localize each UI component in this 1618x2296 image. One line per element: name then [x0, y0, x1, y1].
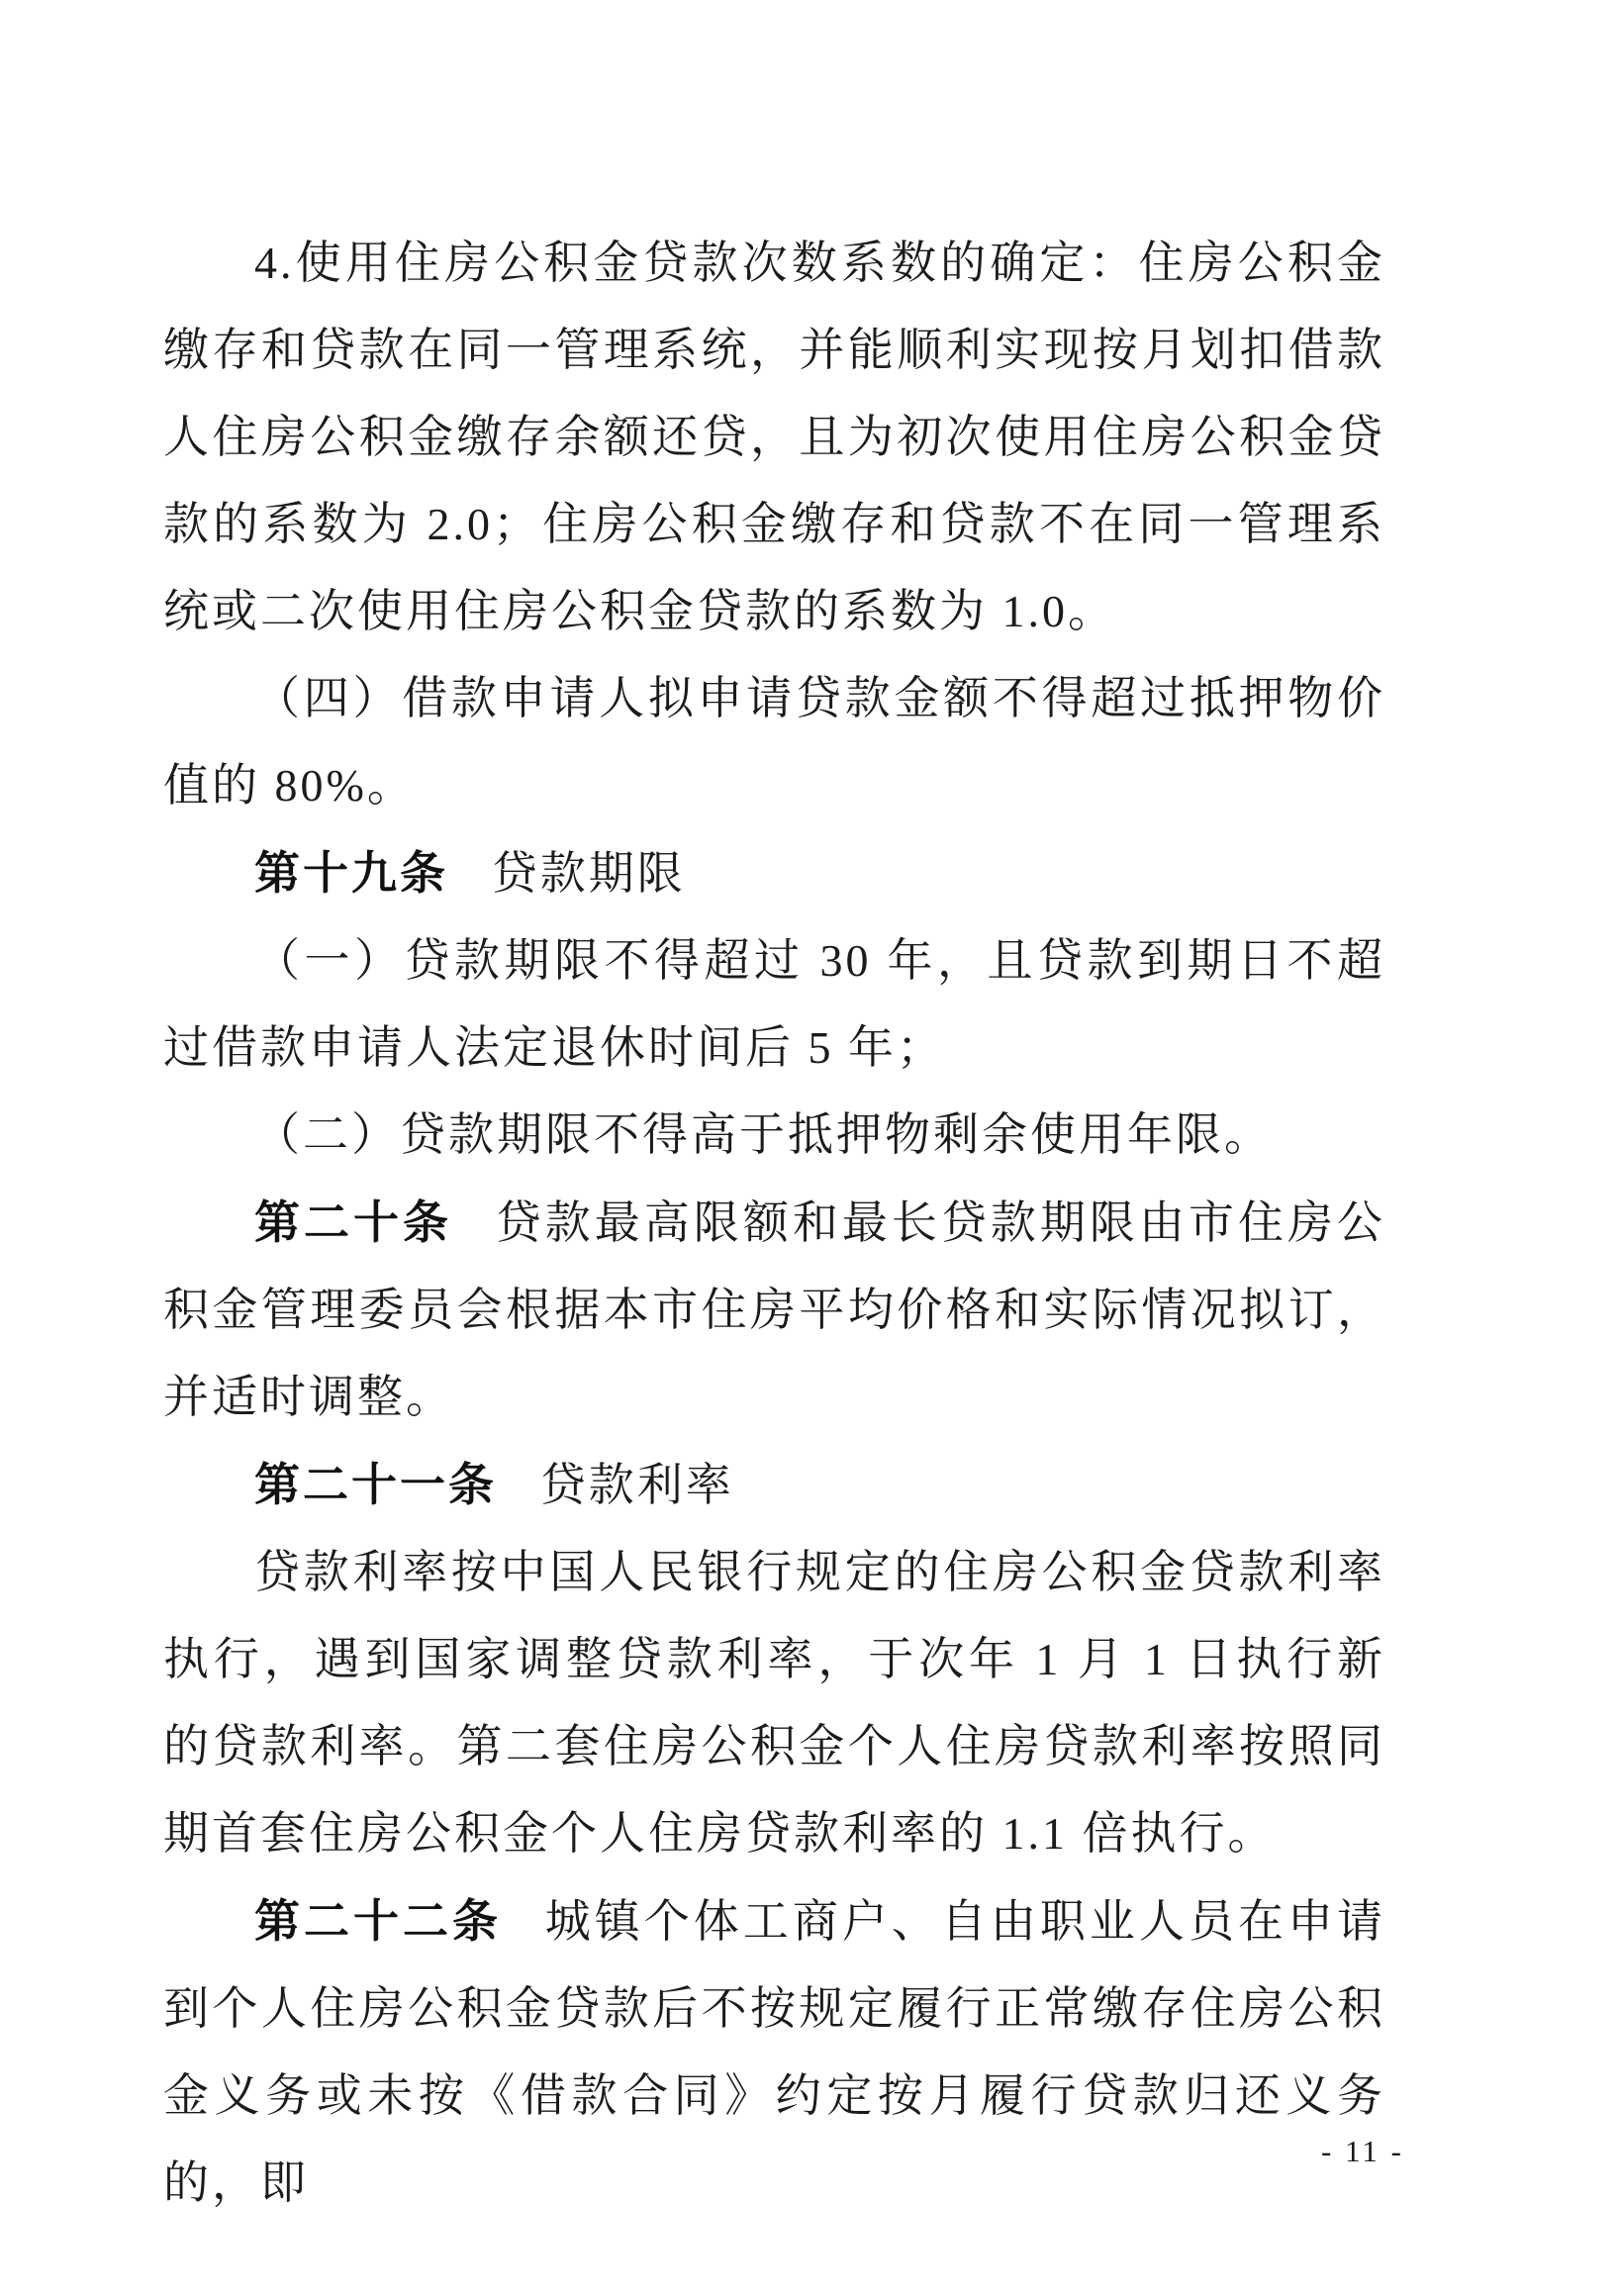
paragraph-item-four: （四）借款申请人拟申请贷款金额不得超过抵押物价值的 80%。	[163, 655, 1385, 829]
paragraph-loan-count-coefficient: 4.使用住房公积金贷款次数系数的确定：住房公积金缴存和贷款在同一管理系统，并能顺…	[163, 220, 1385, 655]
article-21-title: 贷款利率	[540, 1460, 734, 1510]
document-page: 4.使用住房公积金贷款次数系数的确定：住房公积金缴存和贷款在同一管理系统，并能顺…	[0, 0, 1618, 2296]
article-21-number: 第二十一条	[254, 1459, 497, 1510]
paragraph-text: 贷款利率按中国人民银行规定的住房公积金贷款利率执行，遇到国家调整贷款利率，于次年…	[163, 1547, 1385, 1859]
paragraph-item-one: （一）贷款期限不得超过 30 年，且贷款到期日不超过借款申请人法定退休时间后 5…	[163, 917, 1385, 1092]
article-19-title: 贷款期限	[492, 848, 686, 899]
page-number: - 11 -	[1321, 2134, 1404, 2169]
paragraph-text: （二）贷款期限不得高于抵押物剩余使用年限。	[254, 1109, 1273, 1160]
article-20-number: 第二十条	[254, 1196, 452, 1248]
paragraph-interest-rate: 贷款利率按中国人民银行规定的住房公积金贷款利率执行，遇到国家调整贷款利率，于次年…	[163, 1529, 1385, 1877]
paragraph-article-22: 第二十二条城镇个体工商户、自由职业人员在申请到个人住房公积金贷款后不按规定履行正…	[163, 1877, 1385, 2227]
paragraph-text: 4.使用住房公积金贷款次数系数的确定：住房公积金缴存和贷款在同一管理系统，并能顺…	[163, 238, 1385, 636]
article-22-number: 第二十二条	[254, 1895, 502, 1947]
paragraph-item-two: （二）贷款期限不得高于抵押物剩余使用年限。	[163, 1092, 1385, 1179]
paragraph-article-21: 第二十一条贷款利率	[163, 1441, 1385, 1529]
paragraph-article-19: 第十九条贷款期限	[163, 829, 1385, 917]
paragraph-article-20: 第二十条贷款最高限额和最长贷款期限由市住房公积金管理委员会根据本市住房平均价格和…	[163, 1179, 1385, 1441]
article-19-number: 第十九条	[254, 847, 448, 899]
document-body: 4.使用住房公积金贷款次数系数的确定：住房公积金缴存和贷款在同一管理系统，并能顺…	[163, 220, 1385, 2227]
paragraph-text: （一）贷款期限不得超过 30 年，且贷款到期日不超过借款申请人法定退休时间后 5…	[163, 935, 1385, 1073]
paragraph-text: （四）借款申请人拟申请贷款金额不得超过抵押物价值的 80%。	[163, 673, 1385, 811]
